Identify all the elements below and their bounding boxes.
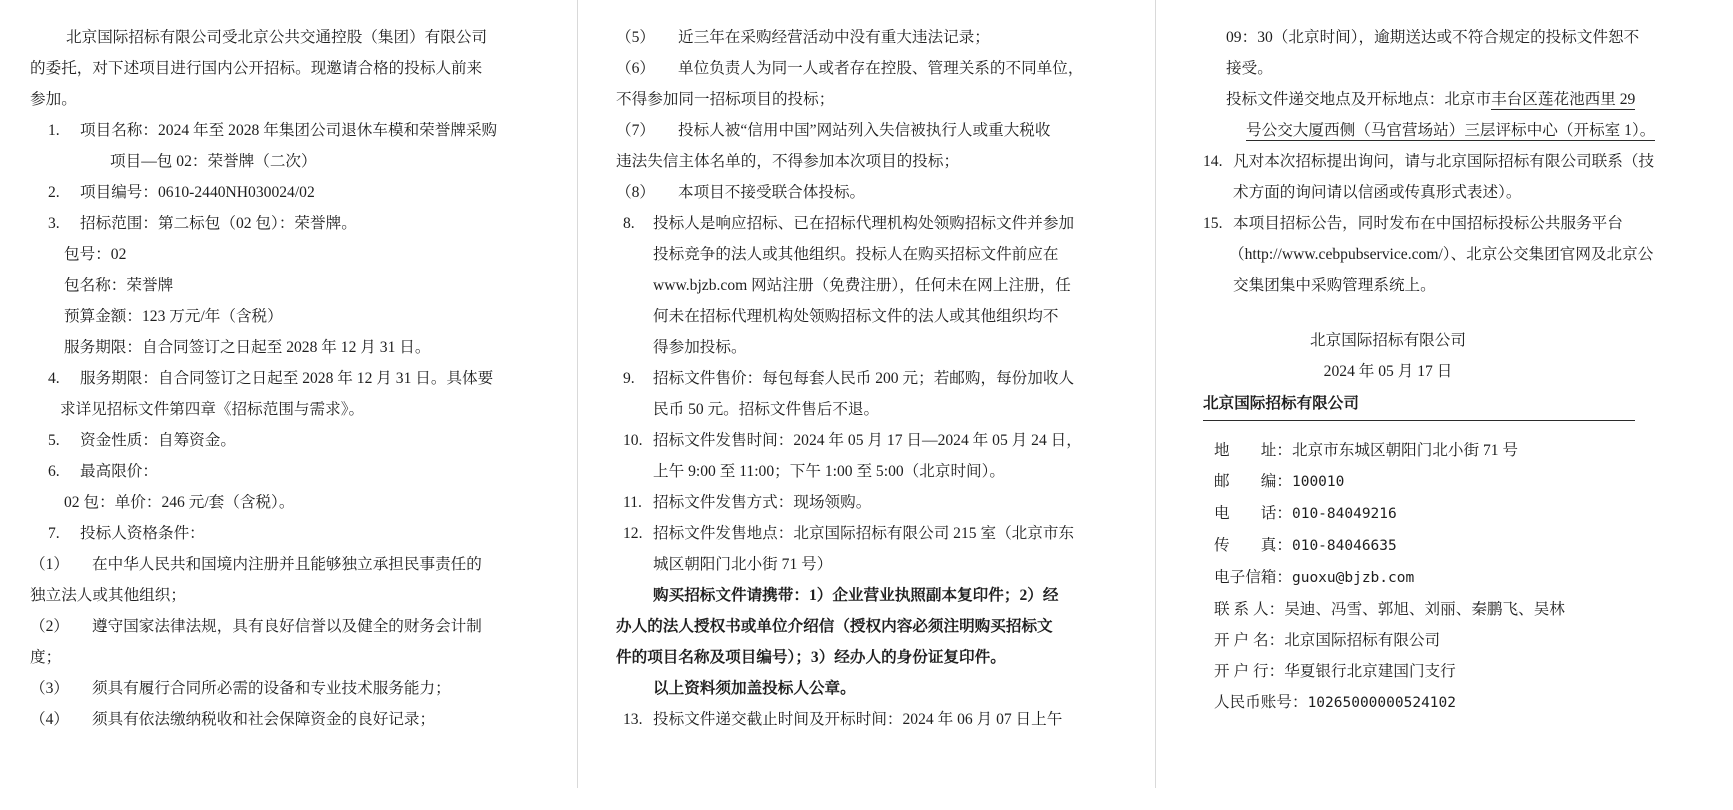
text-segment: 以上资料须加盖投标人公章。 (653, 680, 856, 697)
text-segment: 北京市东城区朝阳门北小街 71 号 (1292, 442, 1518, 459)
text-segment: 招标文件售价：每包每套人民币 200 元；若邮购，每份加收人 (653, 370, 1074, 387)
list-marker: 11. (623, 487, 653, 518)
text-segment: 北京国际招标有限公司 (1284, 632, 1440, 649)
text-segment: 交集团集中采购管理系统上。 (1233, 277, 1436, 294)
field-label: 传 真： (1214, 537, 1292, 554)
text-segment: 华夏银行北京建国门支行 (1284, 663, 1456, 680)
text-line: 服务期限：自合同签订之日起至 2028 年 12 月 31 日。 (64, 332, 577, 363)
text-line: 12.招标文件发售地点：北京国际招标有限公司 215 室（北京市东 (623, 518, 1155, 549)
text-line: 电 话：010-84049216 (1214, 498, 1733, 530)
text-segment: 投标人是响应招标、已在招标代理机构处领购招标文件并参加 (653, 215, 1074, 232)
text-segment: 09：30（北京时间），逾期送达或不符合规定的投标文件恕不 (1226, 29, 1639, 46)
text-line: 的委托，对下述项目进行国内公开招标。现邀请合格的投标人前来 (30, 53, 577, 84)
text-segment: 独立法人或其他组织； (30, 587, 186, 604)
text-segment: 投标文件递交截止时间及开标时间：2024 年 06 月 07 日上午 (653, 711, 1062, 728)
text-line: 购买招标文件请携带：1）企业营业执照副本复印件；2）经 (653, 580, 1155, 611)
text-line: 求详见招标文件第四章《招标范围与需求》。 (60, 394, 577, 425)
text-segment: 资金性质：自筹资金。 (80, 432, 236, 449)
list-marker: （6） (616, 53, 678, 84)
text-line: 2.项目编号：0610-2440NH030024/02 (48, 177, 577, 208)
field-label: 开 户 名： (1214, 632, 1284, 649)
underlined-text: 丰台区莲花池西里 29 (1491, 91, 1635, 110)
text-segment: 包号：02 (64, 246, 126, 263)
text-segment: 求详见招标文件第四章《招标范围与需求》。 (60, 401, 364, 418)
text-line: 北京国际招标有限公司 (1203, 325, 1573, 356)
text-line: 北京国际招标有限公司受北京公共交通控股（集团）有限公司 (66, 22, 577, 53)
text-segment: 投标竞争的法人或其他组织。投标人在购买招标文件前应在 (653, 246, 1058, 263)
text-line: 9.招标文件售价：每包每套人民币 200 元；若邮购，每份加收人 (623, 363, 1155, 394)
text-line: 02 包：单价：246 元/套（含税）。 (64, 487, 577, 518)
spacer (1156, 427, 1733, 435)
text-segment: 招标文件发售地点：北京国际招标有限公司 215 室（北京市东 (653, 525, 1074, 542)
text-segment: 参加。 (30, 91, 77, 108)
text-segment: 北京国际招标有限公司受北京公共交通控股（集团）有限公司 (66, 29, 487, 46)
text-line: （5）近三年在采购经营活动中没有重大违法记录； (616, 22, 1155, 53)
list-marker: 12. (623, 518, 653, 549)
text-line: 包名称：荣誉牌 (64, 270, 577, 301)
text-line: 上午 9:00 至 11:00；下午 1:00 至 5:00（北京时间）。 (653, 456, 1155, 487)
list-marker: 2. (48, 177, 80, 208)
text-segment: 购买招标文件请携带：1）企业营业执照副本复印件；2）经 (653, 587, 1058, 604)
text-line: 何未在招标代理机构处领购招标文件的法人或其他组织均不 (653, 301, 1155, 332)
text-segment: 民币 50 元。招标文件售后不退。 (653, 401, 879, 418)
text-segment: 服务期限：自合同签订之日起至 2028 年 12 月 31 日。具体要 (80, 370, 493, 387)
text-line: 号公交大厦西侧（马官营场站）三层评标中心（开标室 1）。 (1246, 115, 1733, 146)
list-marker: 14. (1203, 146, 1233, 177)
field-label: 人民币账号： (1214, 694, 1308, 711)
text-segment: 2024 年 05 月 17 日 (1324, 363, 1453, 380)
text-line: 件的项目名称及项目编号）；3）经办人的身份证复印件。 (616, 642, 1155, 673)
text-line: 15.本项目招标公告，同时发布在中国招标投标公共服务平台 (1203, 208, 1733, 239)
list-marker: 13. (623, 704, 653, 735)
text-line: 地 址：北京市东城区朝阳门北小街 71 号 (1214, 435, 1733, 466)
text-segment: 城区朝阳门北小街 71 号） (653, 556, 832, 573)
text-segment: guoxu@bjzb.com (1292, 570, 1414, 586)
list-marker: 5. (48, 425, 80, 456)
list-marker: 3. (48, 208, 80, 239)
text-line: 不得参加同一招标项目的投标； (616, 84, 1155, 115)
list-marker: （7） (616, 115, 678, 146)
text-segment: 遵守国家法律法规，具有良好信誉以及健全的财务会计制 (92, 618, 482, 635)
list-marker: （8） (616, 177, 678, 208)
text-line: 1.项目名称：2024 年至 2028 年集团公司退休车模和荣誉牌采购 (48, 115, 577, 146)
page-column-3: 09：30（北京时间），逾期送达或不符合规定的投标文件恕不接受。投标文件递交地点… (1156, 0, 1733, 810)
list-marker: 6. (48, 456, 80, 487)
text-line: 城区朝阳门北小街 71 号） (653, 549, 1155, 580)
text-line: 得参加投标。 (653, 332, 1155, 363)
text-line: （6）单位负责人为同一人或者存在控股、管理关系的不同单位， (616, 53, 1155, 84)
text-line: （2）遵守国家法律法规，具有良好信誉以及健全的财务会计制 (30, 611, 577, 642)
text-line: www.bjzb.com 网站注册（免费注册），任何未在网上注册，任 (653, 270, 1155, 301)
field-label: 开 户 行： (1214, 663, 1284, 680)
text-line: （4）须具有依法缴纳税收和社会保障资金的良好记录； (30, 704, 577, 735)
text-line: 度； (30, 642, 577, 673)
text-segment: 项目—包 02：荣誉牌（二次） (110, 153, 317, 170)
text-line: （1）在中华人民共和国境内注册并且能够独立承担民事责任的 (30, 549, 577, 580)
text-line: 09：30（北京时间），逾期送达或不符合规定的投标文件恕不 (1226, 22, 1733, 53)
text-segment: 服务期限：自合同签订之日起至 2028 年 12 月 31 日。 (64, 339, 430, 356)
signature-company-line: 北京国际招标有限公司 (1203, 391, 1635, 421)
text-line: 14.凡对本次招标提出询问，请与北京国际招标有限公司联系（技 (1203, 146, 1733, 177)
list-marker: 4. (48, 363, 80, 394)
list-marker: （4） (30, 704, 92, 735)
list-marker: 1. (48, 115, 80, 146)
underlined-text: 号公交大厦西侧（马官营场站）三层评标中心（开标室 1）。 (1246, 122, 1655, 141)
text-segment: 单位负责人为同一人或者存在控股、管理关系的不同单位， (678, 60, 1083, 77)
text-segment: 须具有依法缴纳税收和社会保障资金的良好记录； (92, 711, 435, 728)
text-line: 联 系 人：吴迪、冯雪、郭旭、刘丽、秦鹏飞、吴林 (1214, 594, 1733, 625)
list-marker: （1） (30, 549, 92, 580)
text-line: 4.服务期限：自合同签订之日起至 2028 年 12 月 31 日。具体要 (48, 363, 577, 394)
list-marker: 10. (623, 425, 653, 456)
field-label: 邮 编： (1214, 473, 1292, 490)
field-label: 联 系 人： (1214, 601, 1284, 618)
text-line: 投标竞争的法人或其他组织。投标人在购买招标文件前应在 (653, 239, 1155, 270)
text-segment: 须具有履行合同所必需的设备和专业技术服务能力； (92, 680, 451, 697)
text-segment: 北京国际招标有限公司 (1310, 332, 1466, 349)
page-column-2: （5）近三年在采购经营活动中没有重大违法记录；（6）单位负责人为同一人或者存在控… (578, 0, 1155, 810)
document-page: 北京国际招标有限公司受北京公共交通控股（集团）有限公司的委托，对下述项目进行国内… (0, 0, 1733, 810)
text-segment: 02 包：单价：246 元/套（含税）。 (64, 494, 294, 511)
text-line: （3）须具有履行合同所必需的设备和专业技术服务能力； (30, 673, 577, 704)
page-column-1: 北京国际招标有限公司受北京公共交通控股（集团）有限公司的委托，对下述项目进行国内… (0, 0, 577, 810)
text-segment: 得参加投标。 (653, 339, 747, 356)
text-segment: 100010 (1292, 474, 1344, 490)
text-segment: 项目编号：0610-2440NH030024/02 (80, 184, 315, 201)
text-segment: 本项目招标公告，同时发布在中国招标投标公共服务平台 (1233, 215, 1623, 232)
text-line: 10.招标文件发售时间：2024 年 05 月 17 日—2024 年 05 月… (623, 425, 1155, 456)
text-line: 参加。 (30, 84, 577, 115)
list-marker: 7. (48, 518, 80, 549)
spacer (1156, 301, 1733, 325)
text-segment: 投标人被“信用中国”网站列入失信被执行人或重大税收 (678, 122, 1051, 139)
text-line: 包号：02 (64, 239, 577, 270)
text-line: 术方面的询问请以信函或传真形式表述）。 (1233, 177, 1733, 208)
text-line: 3.招标范围：第二标包（02 包）：荣誉牌。 (48, 208, 577, 239)
text-segment: 办人的法人授权书或单位介绍信（授权内容必须注明购买招标文 (616, 618, 1053, 635)
text-line: 人民币账号：10265000000524102 (1214, 687, 1733, 719)
text-line: 11.招标文件发售方式：现场领购。 (623, 487, 1155, 518)
text-segment: （http://www.cebpubservice.com/）、北京公交集团官网… (1229, 246, 1653, 263)
text-line: 违法失信主体名单的，不得参加本次项目的投标； (616, 146, 1155, 177)
text-line: 预算金额：123 万元/年（含税） (64, 301, 577, 332)
text-segment: 度； (30, 649, 61, 666)
text-line: 13.投标文件递交截止时间及开标时间：2024 年 06 月 07 日上午 (623, 704, 1155, 735)
text-segment: 本项目不接受联合体投标。 (678, 184, 865, 201)
text-segment: 凡对本次招标提出询问，请与北京国际招标有限公司联系（技 (1233, 153, 1654, 170)
field-label: 电 话： (1214, 505, 1292, 522)
text-line: 开 户 行：华夏银行北京建国门支行 (1214, 656, 1733, 687)
text-segment: 不得参加同一招标项目的投标； (616, 91, 834, 108)
text-segment: 10265000000524102 (1308, 695, 1456, 711)
text-segment: 010-84049216 (1292, 506, 1397, 522)
text-line: （8）本项目不接受联合体投标。 (616, 177, 1155, 208)
text-line: 接受。 (1226, 53, 1733, 84)
text-segment: 投标人资格条件： (80, 525, 205, 542)
text-segment: 包名称：荣誉牌 (64, 277, 173, 294)
text-line: 邮 编：100010 (1214, 466, 1733, 498)
text-segment: www.bjzb.com 网站注册（免费注册），任何未在网上注册，任 (653, 277, 1071, 294)
text-line: 办人的法人授权书或单位介绍信（授权内容必须注明购买招标文 (616, 611, 1155, 642)
text-segment: 上午 9:00 至 11:00；下午 1:00 至 5:00（北京时间）。 (653, 463, 1005, 480)
text-line: 投标文件递交地点及开标地点：北京市丰台区莲花池西里 29 (1226, 84, 1733, 115)
text-line: 5.资金性质：自筹资金。 (48, 425, 577, 456)
text-segment: 违法失信主体名单的，不得参加本次项目的投标； (616, 153, 959, 170)
text-segment: 招标文件发售方式：现场领购。 (653, 494, 871, 511)
text-line: 7.投标人资格条件： (48, 518, 577, 549)
text-line: 交集团集中采购管理系统上。 (1233, 270, 1733, 301)
text-segment: 最高限价： (80, 463, 158, 480)
list-marker: 15. (1203, 208, 1233, 239)
list-marker: （3） (30, 673, 92, 704)
text-segment: 接受。 (1226, 60, 1273, 77)
text-segment: 何未在招标代理机构处领购招标文件的法人或其他组织均不 (653, 308, 1058, 325)
text-segment: 投标文件递交地点及开标地点：北京市 (1226, 91, 1491, 108)
text-segment: 招标文件发售时间：2024 年 05 月 17 日—2024 年 05 月 24… (653, 432, 1082, 449)
text-segment: 术方面的询问请以信函或传真形式表述）。 (1233, 184, 1521, 201)
text-line: （7）投标人被“信用中国”网站列入失信被执行人或重大税收 (616, 115, 1155, 146)
text-segment: 010-84046635 (1292, 538, 1397, 554)
text-segment: 件的项目名称及项目编号）；3）经办人的身份证复印件。 (616, 649, 1006, 666)
text-segment: 近三年在采购经营活动中没有重大违法记录； (678, 29, 990, 46)
text-segment: 北京国际招标有限公司 (1203, 395, 1359, 412)
text-line: 2024 年 05 月 17 日 (1203, 356, 1573, 387)
list-marker: （5） (616, 22, 678, 53)
list-marker: 9. (623, 363, 653, 394)
text-segment: 招标范围：第二标包（02 包）：荣誉牌。 (80, 215, 357, 232)
text-segment: 预算金额：123 万元/年（含税） (64, 308, 283, 325)
text-line: 独立法人或其他组织； (30, 580, 577, 611)
text-line: 民币 50 元。招标文件售后不退。 (653, 394, 1155, 425)
text-segment: 在中华人民共和国境内注册并且能够独立承担民事责任的 (92, 556, 482, 573)
field-label: 电子信箱： (1214, 569, 1292, 586)
list-marker: 8. (623, 208, 653, 239)
list-marker: （2） (30, 611, 92, 642)
text-line: 项目—包 02：荣誉牌（二次） (110, 146, 577, 177)
text-line: 传 真：010-84046635 (1214, 530, 1733, 562)
text-line: 以上资料须加盖投标人公章。 (653, 673, 1155, 704)
text-line: 6.最高限价： (48, 456, 577, 487)
text-line: 8.投标人是响应招标、已在招标代理机构处领购招标文件并参加 (623, 208, 1155, 239)
field-label: 地 址： (1214, 442, 1292, 459)
text-segment: 的委托，对下述项目进行国内公开招标。现邀请合格的投标人前来 (30, 60, 482, 77)
text-segment: 吴迪、冯雪、郭旭、刘丽、秦鹏飞、吴林 (1284, 601, 1565, 618)
text-segment: 项目名称：2024 年至 2028 年集团公司退休车模和荣誉牌采购 (80, 122, 497, 139)
text-line: 电子信箱：guoxu@bjzb.com (1214, 562, 1733, 594)
text-line: （http://www.cebpubservice.com/）、北京公交集团官网… (1229, 239, 1733, 270)
text-line: 开 户 名：北京国际招标有限公司 (1214, 625, 1733, 656)
